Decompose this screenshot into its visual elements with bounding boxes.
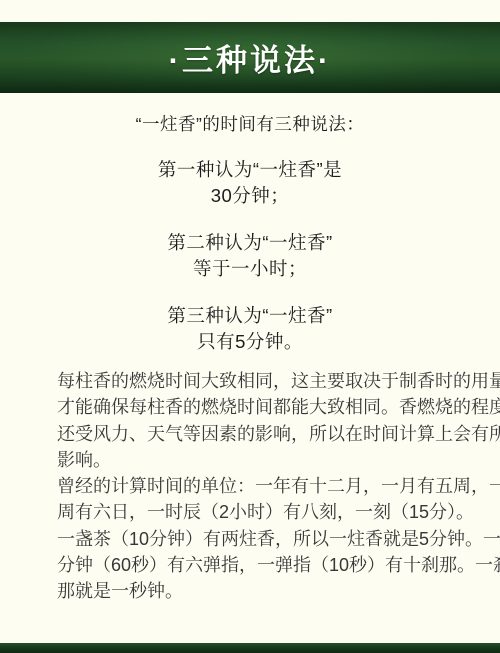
body-line: 一盏茶（10分钟）有两炷香，所以一炷香就是5分钟。一 [57,526,453,552]
statement-block-1: 第一种认为“一炷香”是 30分钟； [0,157,500,209]
body-line: 那就是一秒钟。 [57,578,453,604]
statement-2-line-2: 等于一小时； [0,256,500,282]
page-title: ·三种说法· [169,35,332,80]
infographic-card: ·三种说法· “一炷香”的时间有三种说法： 第一种认为“一炷香”是 30分钟； … [0,0,500,653]
body-line: 周有六日，一时辰（2小时）有八刻，一刻（15分）。 [57,499,453,525]
statement-block-3: 第三种认为“一炷香” 只有5分钟。 [0,303,500,355]
statement-1-line-2: 30分钟； [0,183,500,209]
body-line: 才能确保每柱香的燃烧时间都能大致相同。香燃烧的程度 [57,394,453,420]
body-line: 每柱香的燃烧时间大致相同，这主要取决于制香时的用量 [57,368,453,394]
body-line: 分钟（60秒）有六弹指，一弹指（10秒）有十刹那。一刹 [57,552,453,578]
body-line: 影响。 [57,447,453,473]
footer-banner-strip [0,643,500,653]
intro-text: “一炷香”的时间有三种说法： [0,112,500,136]
header-banner: ·三种说法· [0,22,500,93]
statement-3-line-1: 第三种认为“一炷香” [0,303,500,329]
top-margin-strip [0,0,500,22]
body-line: 曾经的计算时间的单位：一年有十二月，一月有五周，一 [57,473,453,499]
statement-2-line-1: 第二种认为“一炷香” [0,230,500,256]
statement-block-2: 第二种认为“一炷香” 等于一小时； [0,230,500,282]
body-paragraph: 每柱香的燃烧时间大致相同，这主要取决于制香时的用量 才能确保每柱香的燃烧时间都能… [57,368,453,605]
statement-1-line-1: 第一种认为“一炷香”是 [0,157,500,183]
body-line: 还受风力、天气等因素的影响，所以在时间计算上会有所 [57,421,453,447]
statement-3-line-2: 只有5分钟。 [0,329,500,355]
